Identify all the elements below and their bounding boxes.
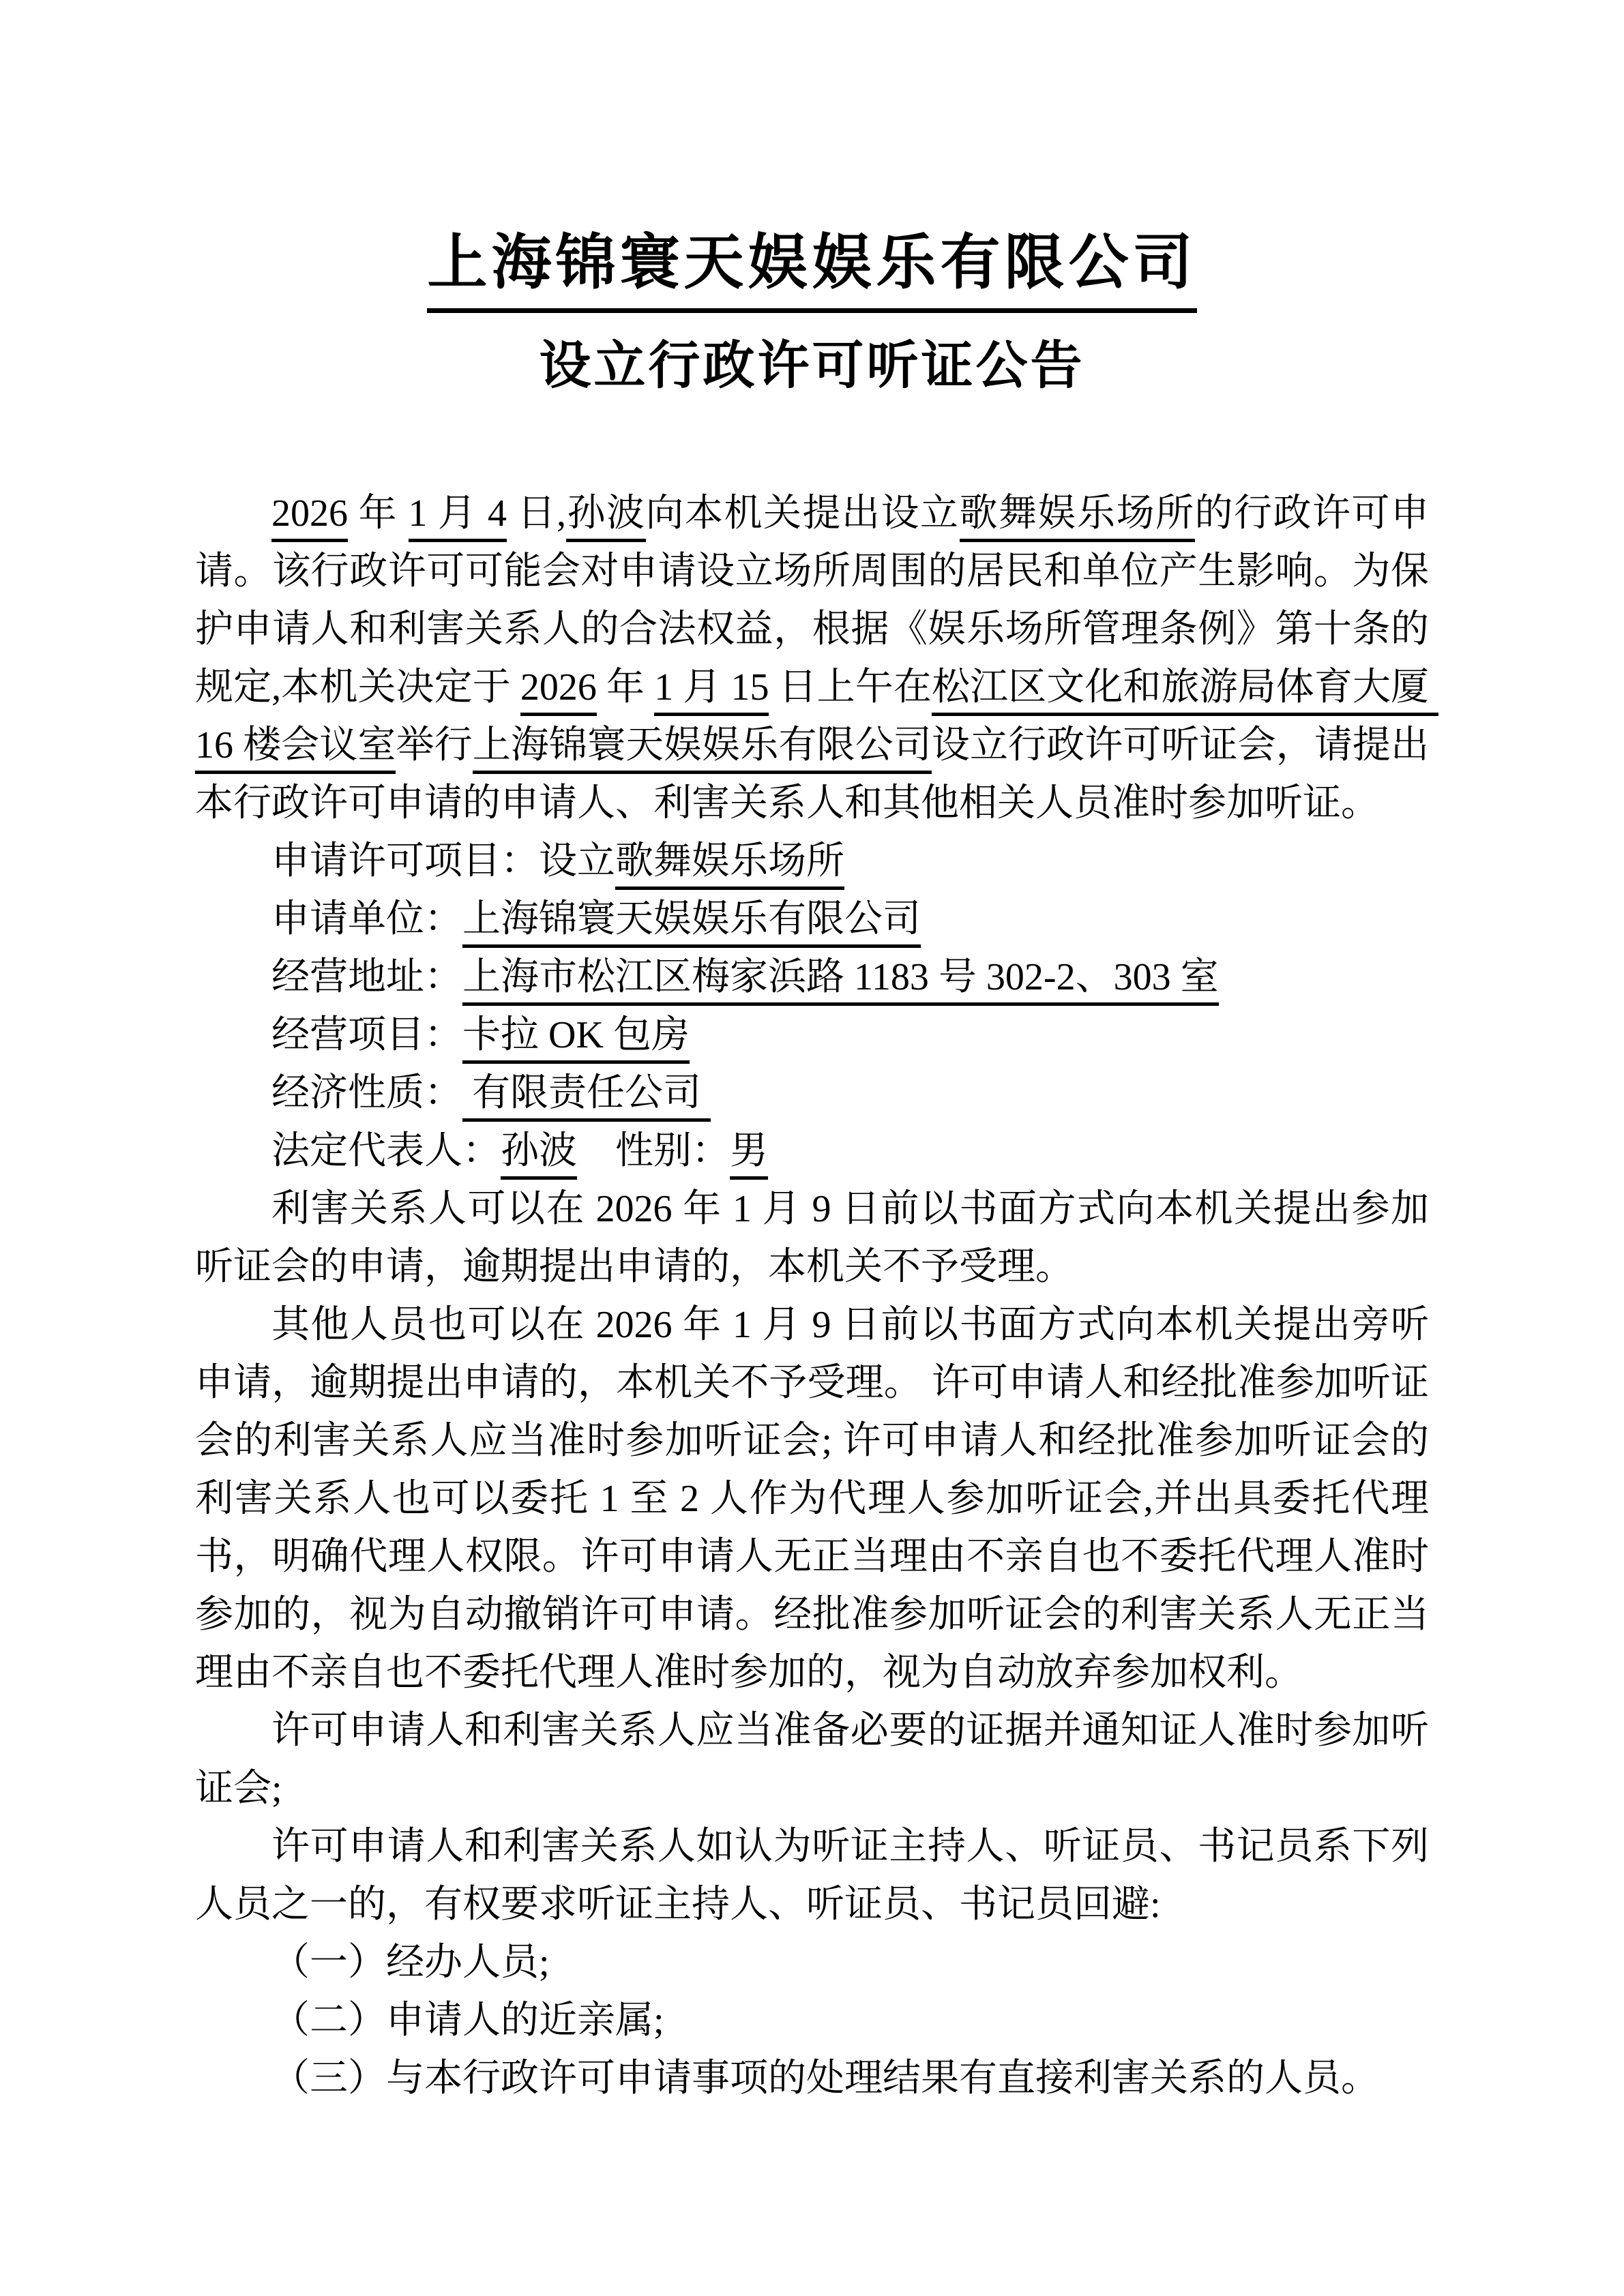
underlined-text: 上海市松江区梅家浜路 1183 号 302-2、303 室 bbox=[462, 956, 1219, 1006]
document-subtitle: 设立行政许可听证公告 bbox=[195, 334, 1429, 396]
underlined-text: 孙波 bbox=[566, 492, 646, 542]
underlined-text: 歌舞娱乐场所 bbox=[960, 492, 1195, 542]
recusal-item-2: （二）申请人的近亲属; bbox=[195, 1992, 1429, 2050]
document-title-text: 上海锦寰天娱娱乐有限公司 bbox=[427, 227, 1196, 313]
text-segment: 年 bbox=[348, 492, 409, 535]
text-segment: 经营地址： bbox=[271, 956, 462, 998]
text-segment: 向本机关提出设立 bbox=[646, 492, 960, 535]
field-line-business-address: 经营地址：上海市松江区梅家浜路 1183 号 302-2、303 室 bbox=[195, 949, 1429, 1007]
text-segment: （一）经办人员; bbox=[271, 1941, 550, 1984]
evidence-paragraph: 许可申请人和利害关系人应当准备必要的证据并通知证人准时参加听证会; bbox=[195, 1702, 1429, 1818]
text-segment: 法定代表人： bbox=[271, 1130, 501, 1172]
document-title: 上海锦寰天娱娱乐有限公司 bbox=[195, 226, 1429, 299]
underlined-text: 2026 bbox=[271, 492, 348, 542]
underlined-text: 上海锦寰天娱娱乐有限公司 bbox=[462, 898, 921, 948]
recusal-item-3: （三）与本行政许可申请事项的处理结果有直接利害关系的人员。 bbox=[195, 2050, 1429, 2108]
field-line-project: 申请许可项目：设立歌舞娱乐场所 bbox=[195, 833, 1429, 891]
text-segment: 经营项目： bbox=[271, 1014, 462, 1056]
text-segment: 许可申请人和利害关系人应当准备必要的证据并通知证人准时参加听证会; bbox=[195, 1710, 1429, 1810]
underlined-text: 2026 bbox=[520, 666, 597, 716]
text-segment: 利害关系人可以在 2026 年 1 月 9 日前以书面方式向本机关提出参加听证会… bbox=[195, 1188, 1429, 1288]
recusal-paragraph: 许可申请人和利害关系人如认为听证主持人、听证员、书记员系下列人员之一的，有权要求… bbox=[195, 1818, 1429, 1934]
intro-paragraph: 2026 年 1 月 4 日,孙波向本机关提出设立歌舞娱乐场所的行政许可申请。该… bbox=[195, 485, 1429, 833]
field-line-business-scope: 经营项目：卡拉 OK 包房 bbox=[195, 1007, 1429, 1064]
field-line-legal-representative: 法定代表人：孙波 性别：男 bbox=[195, 1122, 1429, 1180]
text-segment: 申请许可项目：设立 bbox=[271, 840, 615, 882]
text-segment: 其他人员也可以在 2026 年 1 月 9 日前以书面方式向本机关提出旁听申请，… bbox=[195, 1304, 1429, 1694]
underlined-text: 1 月 15 bbox=[654, 666, 769, 716]
text-segment: 举行 bbox=[396, 724, 472, 766]
document-page: 上海锦寰天娱娱乐有限公司 设立行政许可听证公告 2026 年 1 月 4 日,孙… bbox=[0, 0, 1624, 2296]
document-body: 2026 年 1 月 4 日,孙波向本机关提出设立歌舞娱乐场所的行政许可申请。该… bbox=[195, 485, 1429, 2108]
text-segment: 性别： bbox=[577, 1130, 730, 1172]
text-segment: 年 bbox=[597, 666, 654, 709]
underlined-text: 歌舞娱乐场所 bbox=[615, 840, 844, 890]
field-line-applicant-unit: 申请单位：上海锦寰天娱娱乐有限公司 bbox=[195, 891, 1429, 949]
underlined-text: 上海锦寰天娱娱乐有限公司 bbox=[473, 724, 932, 774]
text-segment: （二）申请人的近亲属; bbox=[271, 1999, 664, 2042]
text-segment: 申请单位： bbox=[271, 898, 462, 940]
underlined-text: 卡拉 OK 包房 bbox=[462, 1014, 690, 1064]
other-persons-paragraph: 其他人员也可以在 2026 年 1 月 9 日前以书面方式向本机关提出旁听申请，… bbox=[195, 1296, 1429, 1702]
text-segment: （三）与本行政许可申请事项的处理结果有直接利害关系的人员。 bbox=[271, 2057, 1379, 2100]
text-segment: 经济性质： bbox=[271, 1072, 462, 1114]
stakeholder-paragraph: 利害关系人可以在 2026 年 1 月 9 日前以书面方式向本机关提出参加听证会… bbox=[195, 1180, 1429, 1296]
text-segment: 日上午在 bbox=[769, 666, 931, 709]
text-segment: 许可申请人和利害关系人如认为听证主持人、听证员、书记员系下列人员之一的，有权要求… bbox=[195, 1825, 1429, 1926]
underlined-text: 有限责任公司 bbox=[462, 1072, 711, 1122]
underlined-text: 1 月 4 bbox=[409, 492, 507, 542]
underlined-text: 男 bbox=[730, 1130, 768, 1180]
underlined-text: 孙波 bbox=[501, 1130, 577, 1180]
recusal-item-1: （一）经办人员; bbox=[195, 1934, 1429, 1992]
text-segment: 日, bbox=[507, 492, 566, 535]
field-line-economic-nature: 经济性质： 有限责任公司 bbox=[195, 1064, 1429, 1122]
